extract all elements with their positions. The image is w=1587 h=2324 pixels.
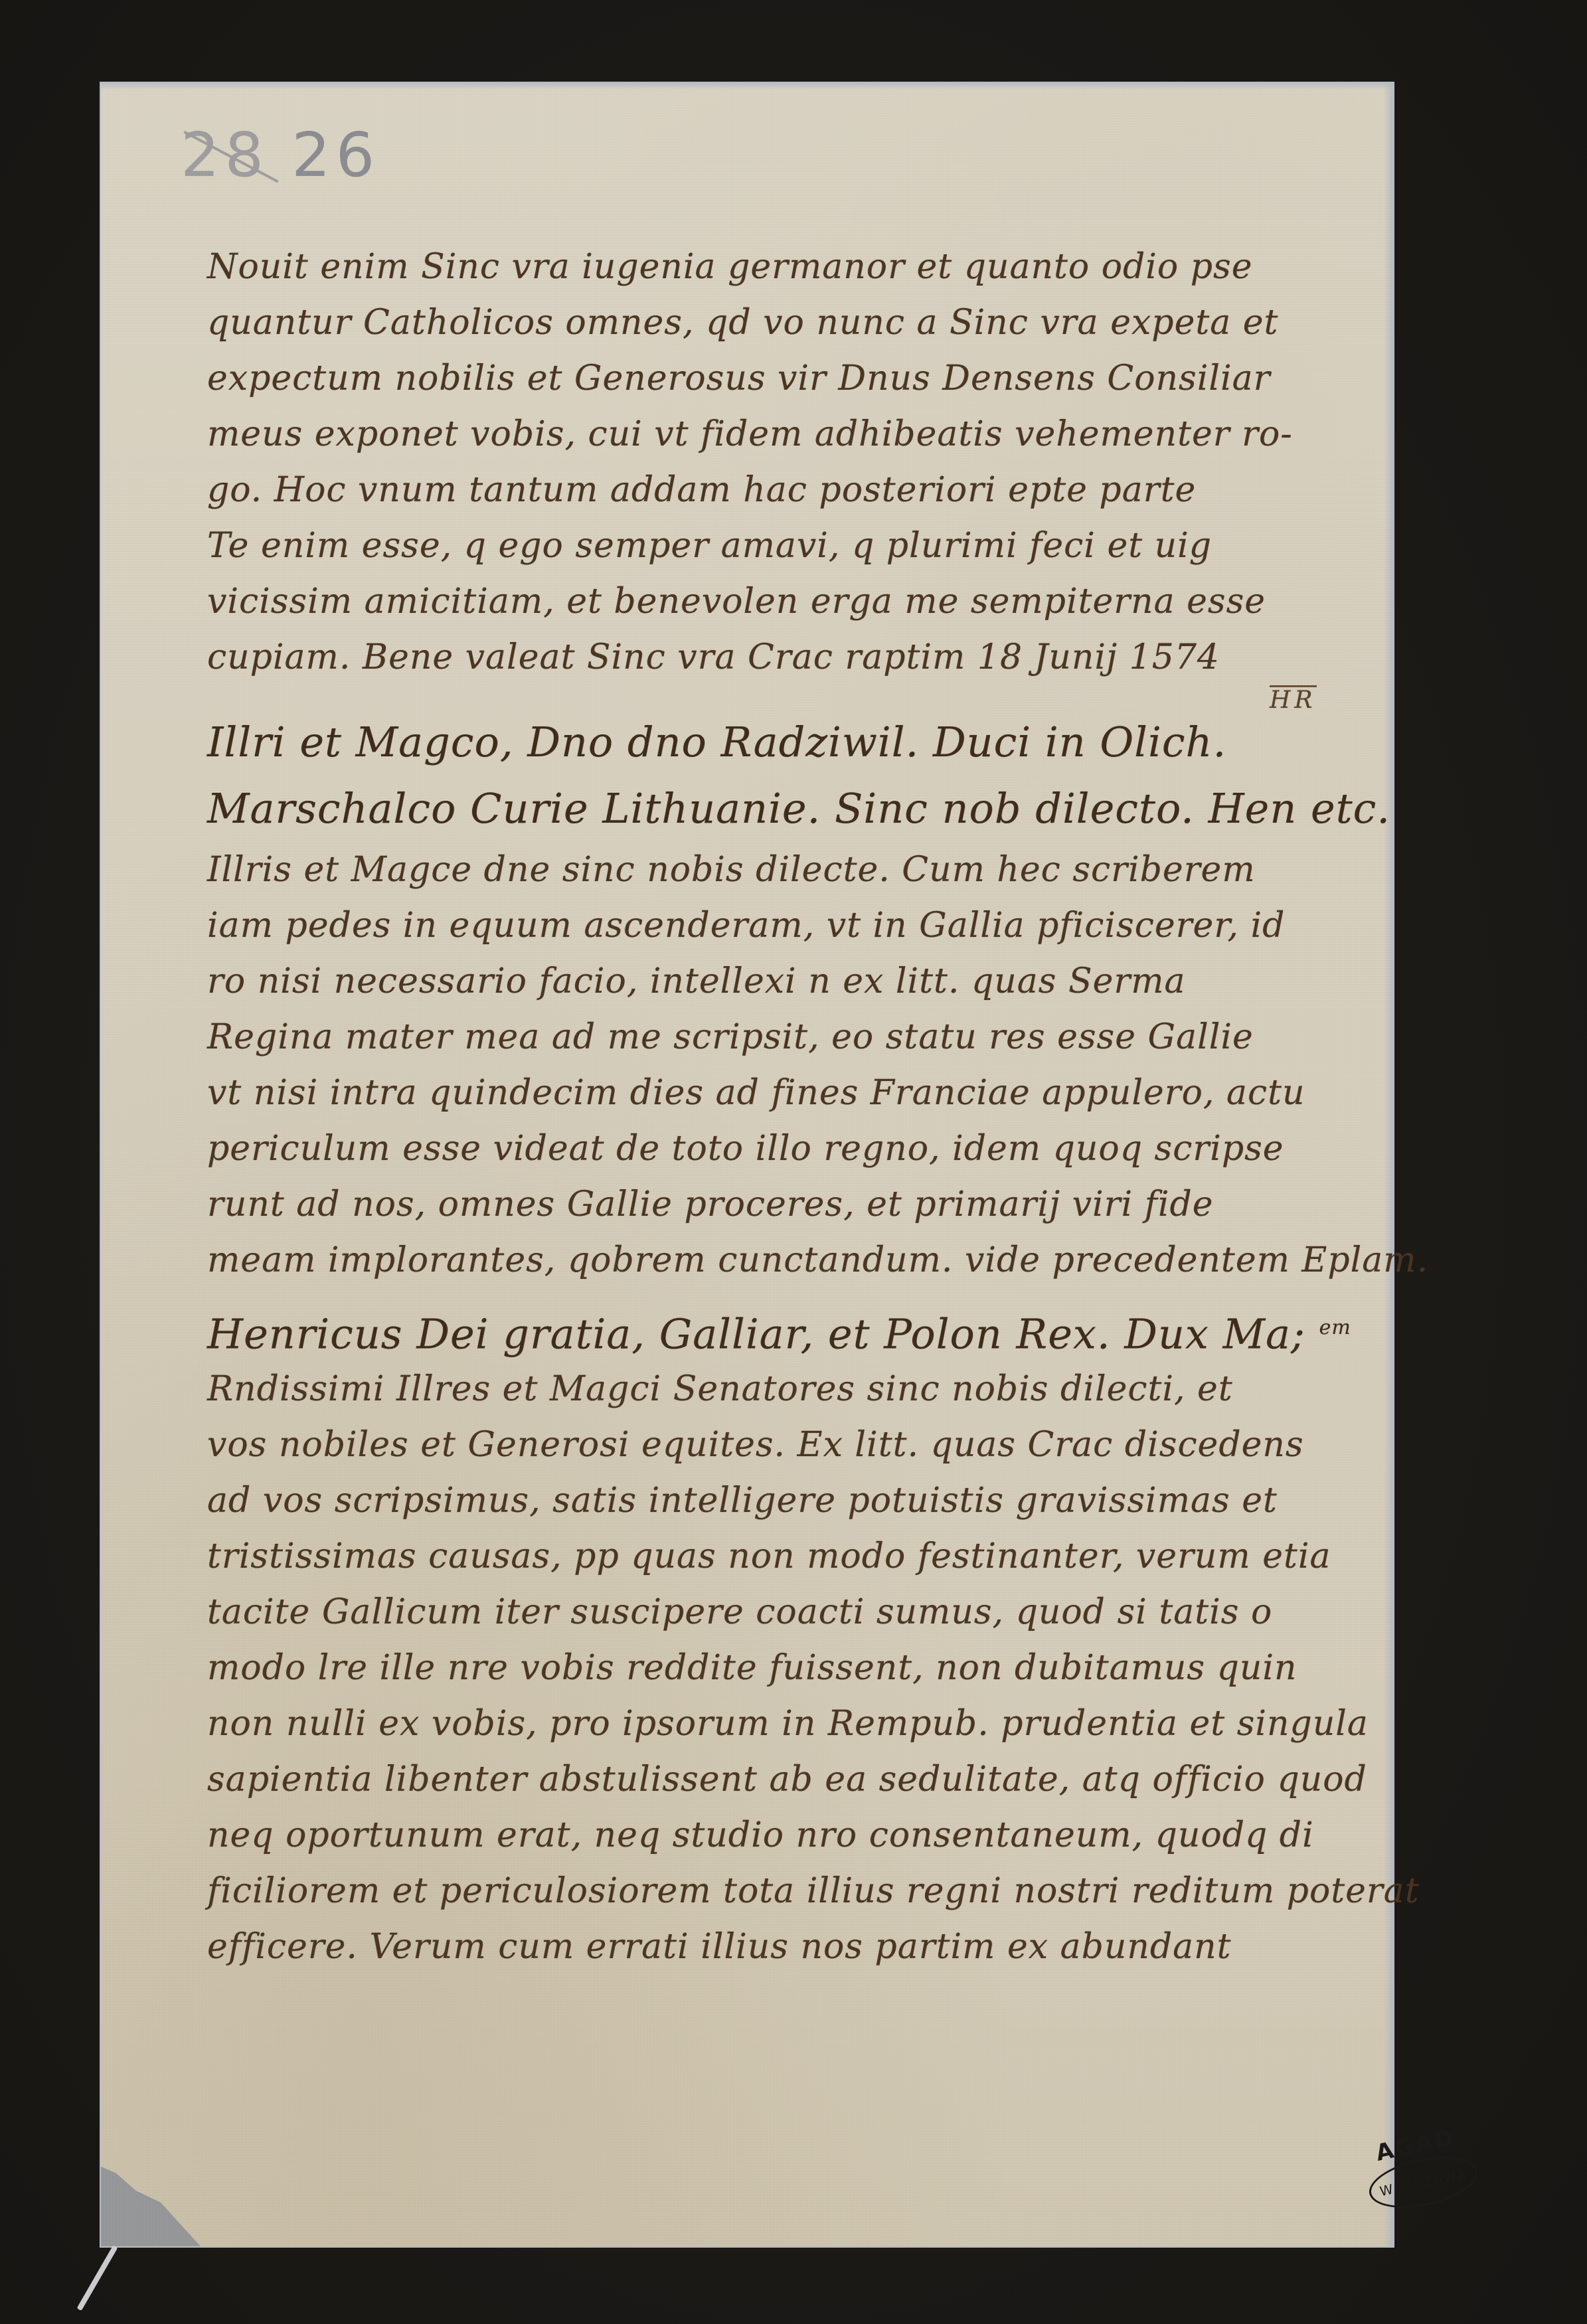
text-line: meus exponet vobis, cui vt fidem adhibea… — [207, 406, 1356, 462]
text-line: periculum esse videat de toto illo regno… — [207, 1121, 1356, 1177]
manuscript-page: 2826 Nouit enim Sinc vra iugenia germano… — [101, 83, 1393, 2246]
royal-title: Henricus Dei gratia, Galliar, et Polon R… — [207, 1310, 1305, 1359]
text-line: iam pedes in equum ascenderam, vt in Gal… — [207, 898, 1356, 954]
text-line: Regina mater mea ad me scripsit, eo stat… — [207, 1009, 1356, 1065]
paragraph-3: Henricus Dei gratia, Galliar, et Polon R… — [207, 1295, 1356, 1975]
binding-string — [77, 2245, 118, 2311]
text-line: efficere. Verum cum errati illius nos pa… — [207, 1919, 1356, 1975]
signature-row: HR — [207, 685, 1356, 709]
heading-line: Henricus Dei gratia, Galliar, et Polon R… — [207, 1295, 1356, 1361]
text-line: tacite Gallicum iter suscipere coacti su… — [207, 1584, 1356, 1640]
address-line: Illri et Magco, Dno dno Radziwil. Duci i… — [207, 709, 1356, 776]
text-line: vicissim amicitiam, et benevolen erga me… — [207, 574, 1356, 629]
text-line: quantur Catholicos omnes, qd vo nunc a S… — [207, 295, 1356, 351]
text-line: neq oportunum erat, neq studio nro conse… — [207, 1807, 1356, 1863]
text-line: Illris et Magce dne sinc nobis dilecte. … — [207, 842, 1356, 898]
text-line: cupiam. Bene valeat Sinc vra Crac raptim… — [207, 629, 1356, 685]
letter-text: Nouit enim Sinc vra iugenia germanor et … — [207, 239, 1356, 1975]
folio-number-struck: 28 — [181, 120, 269, 191]
scan-background: 2826 Nouit enim Sinc vra iugenia germano… — [0, 0, 1587, 2324]
tissue-edge-right — [1384, 83, 1393, 2246]
text-line: meam implorantes, qobrem cunctandum. vid… — [207, 1232, 1356, 1288]
spacer — [207, 1288, 1356, 1295]
paragraph-2: Illri et Magco, Dno dno Radziwil. Duci i… — [207, 709, 1356, 1288]
text-line: runt ad nos, omnes Gallie proceres, et p… — [207, 1177, 1356, 1232]
text-line: Rndissimi Illres et Magci Senatores sinc… — [207, 1361, 1356, 1417]
address-line: Marschalco Curie Lithuanie. Sinc nob dil… — [207, 776, 1356, 842]
text-line: vos nobiles et Generosi equites. Ex litt… — [207, 1417, 1356, 1473]
heading-superscript: em — [1319, 1316, 1351, 1339]
text-line: vt nisi intra quindecim dies ad fines Fr… — [207, 1065, 1356, 1121]
text-line: ficiliorem et periculosiorem tota illius… — [207, 1863, 1356, 1919]
text-line: expectum nobilis et Generosus vir Dnus D… — [207, 351, 1356, 406]
text-line: sapientia libenter abstulissent ab ea se… — [207, 1752, 1356, 1807]
text-line: ro nisi necessario facio, intellexi n ex… — [207, 954, 1356, 1009]
text-line: ad vos scripsimus, satis intelligere pot… — [207, 1473, 1356, 1529]
tissue-repair-corner — [101, 2167, 201, 2246]
signature-monogram: HR — [1270, 685, 1317, 712]
text-line: Nouit enim Sinc vra iugenia germanor et … — [207, 239, 1356, 295]
text-line: tristissimas causas, pp quas non modo fe… — [207, 1529, 1356, 1584]
folio-number-current: 26 — [292, 120, 380, 191]
tissue-edge-top — [101, 83, 1393, 90]
text-line: modo lre ille nre vobis reddite fuissent… — [207, 1640, 1356, 1696]
folio-number: 2826 — [181, 120, 380, 191]
paragraph-1: Nouit enim Sinc vra iugenia germanor et … — [207, 239, 1356, 709]
text-line: go. Hoc vnum tantum addam hac posteriori… — [207, 462, 1356, 518]
text-line: Te enim esse, q ego semper amavi, q plur… — [207, 518, 1356, 574]
text-line: non nulli ex vobis, pro ipsorum in Rempu… — [207, 1696, 1356, 1752]
